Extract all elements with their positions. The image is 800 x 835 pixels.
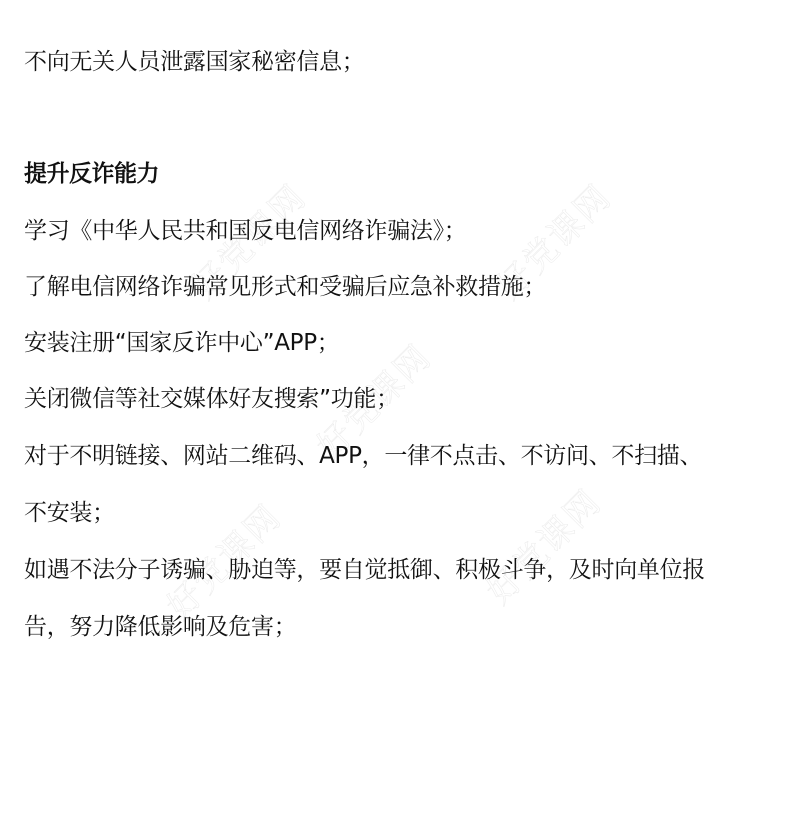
section-heading: 提升反诈能力: [24, 159, 784, 189]
list-item: 如遇不法分子诱骗、胁迫等，要自觉抵御、积极斗争，及时向单位报: [24, 555, 784, 585]
list-item: 学习《中华人民共和国反电信网络诈骗法》；: [24, 216, 784, 246]
watermark: 好党课网: [474, 476, 610, 612]
list-item: 关闭微信等社交媒体好友搜索”功能；: [24, 384, 784, 414]
document-page: 好党课网 好党课网 好党课网 好党课网 好党课网 不向无关人员泄露国家秘密信息；…: [0, 0, 800, 835]
list-item: 了解电信网络诈骗常见形式和受骗后应急补救措施；: [24, 272, 784, 302]
intro-line: 不向无关人员泄露国家秘密信息；: [24, 47, 784, 77]
list-item: 对于不明链接、网站二维码、APP，一律不点击、不访问、不扫描、: [24, 441, 784, 471]
list-item-continuation: 不安装；: [24, 498, 784, 528]
list-item-continuation: 告，努力降低影响及危害；: [24, 612, 784, 642]
list-item: 安装注册“国家反诈中心”APP；: [24, 328, 784, 358]
